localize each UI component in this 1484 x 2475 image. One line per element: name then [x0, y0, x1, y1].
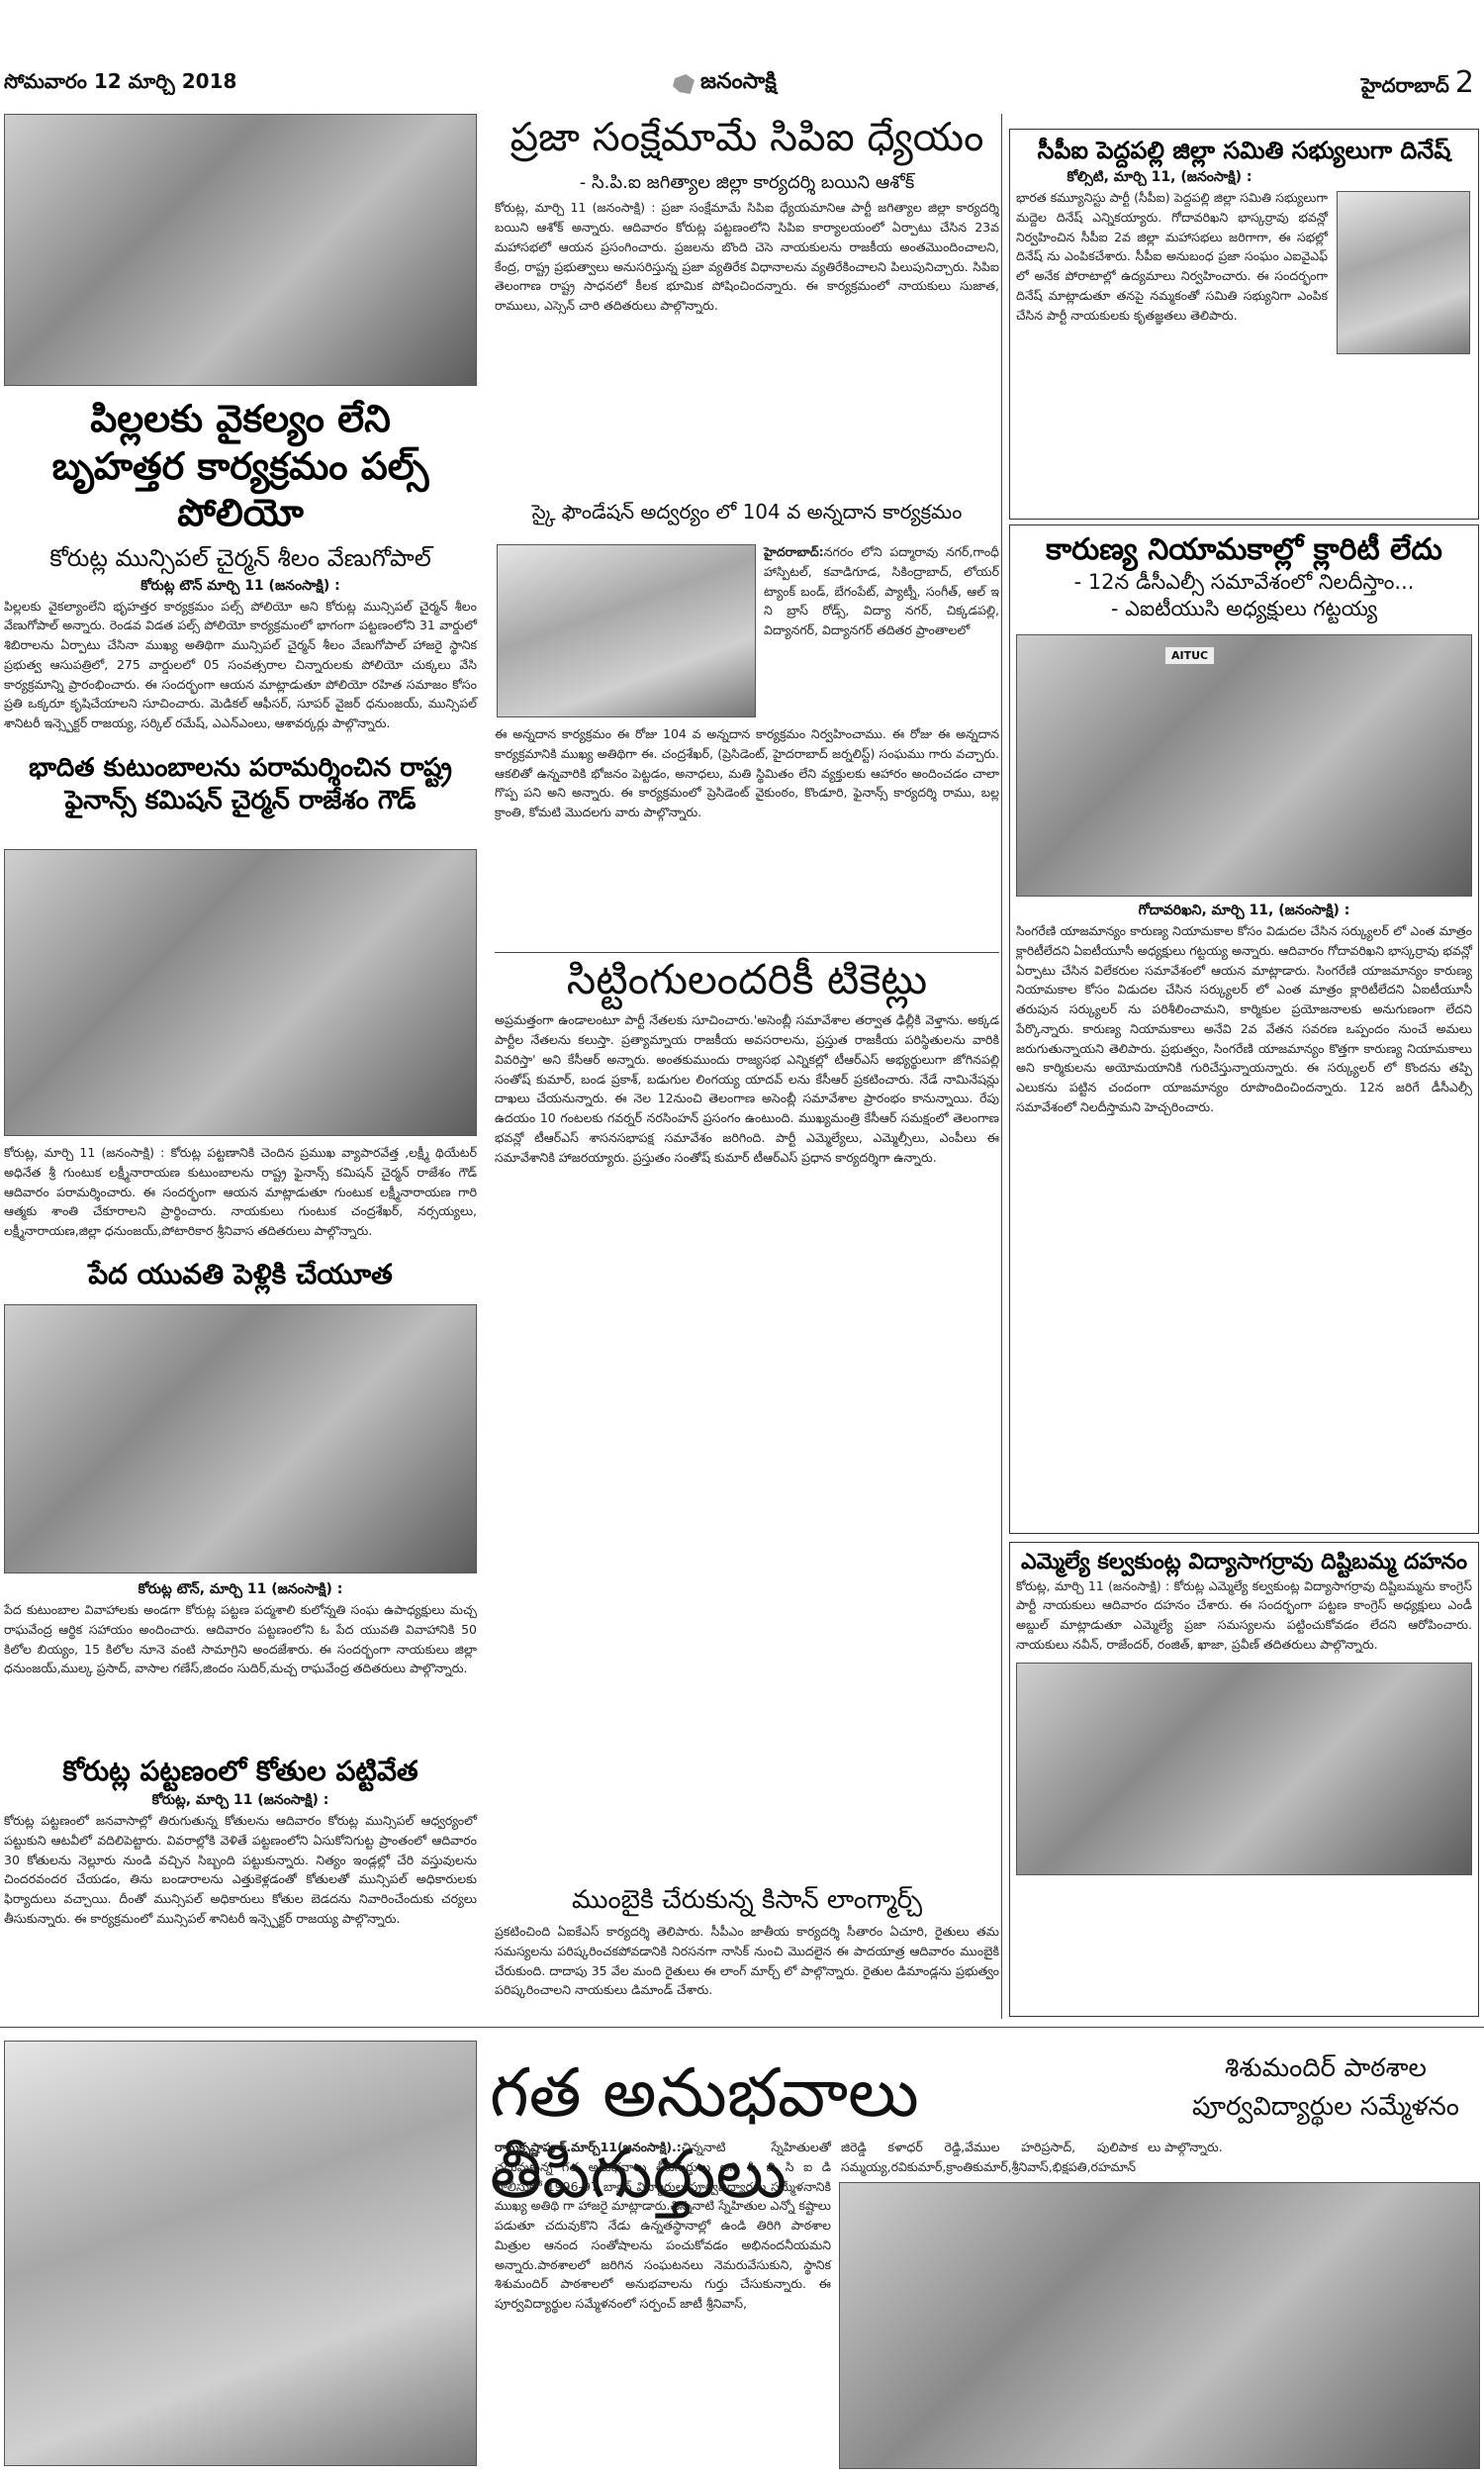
karunya-subhead-2: - ఎఐటీయుసి అధ్యక్షులు గట్టయ్య: [1016, 596, 1472, 622]
sky-headline: స్కై ఫౌండేషన్ అద్వర్యం లో 104 వ అన్నదాన …: [495, 500, 999, 524]
monkeys-body: కోరుట్ల పట్టణంలో జనవాసాల్లో తిరుగుతున్న …: [4, 1811, 477, 1929]
karunya-dateline: గోదావరిఖని, మార్చి 11, (జనంసాక్షి) :: [1016, 903, 1472, 921]
cpi-body: కోరుట్ల, మార్చి 11 (జనంసాక్షి) : ప్రజా స…: [495, 198, 999, 316]
school-body-text: చిన్ననాటి స్నేహితులతో చదువుకున్న గత అనుభ…: [495, 2140, 831, 2311]
monkeys-dateline: కోరుట్ల, మార్చి 11 (జనంసాక్షి) :: [4, 1792, 477, 1811]
marriage-article: కోరుట్ల టౌన్, మార్చి 11 (జనంసాక్షి) : పే…: [4, 1581, 477, 1678]
school-side-title: శిశుమందిర్ పాఠశాల పూర్వవిద్యార్థుల సమ్మే…: [1167, 2053, 1484, 2123]
polio-subhead: కోరుట్ల మున్సిపల్ చైర్మన్ శీలం వేణుగోపాల…: [4, 543, 477, 574]
aituc-banner: AITUC: [1165, 647, 1214, 664]
karunya-headline: కారుణ్య నియామకాల్లో క్లారిటీ లేదు: [1016, 531, 1472, 569]
cpi-subhead: - సి.పి.ఐ జగిత్యాల జిల్లా కార్యదర్శి బయి…: [495, 171, 999, 194]
polio-headline-2: బృహత్తర కార్యక్రమం పల్స్ పోలియో: [4, 443, 477, 537]
column-rule: [1001, 114, 1002, 2019]
effigy-body: కోరుట్ల, మార్చి 11 (జనంసాక్షి) : కోరుట్ల…: [1016, 1576, 1472, 1655]
finance-headline-2: ఫైనాన్స్ కమిషన్ చైర్మన్ రాజేశం గౌడ్: [4, 785, 477, 817]
sitting-article: సిట్టింగులందరికీ టికెట్లు అప్రమత్తంగా ఉం…: [495, 955, 999, 1167]
school-body-col2: జిరెడ్డి కళాధర్ రెడ్డి,వేముల హరిప్రసాద్,…: [841, 2138, 1138, 2177]
finance-body: కోరుట్ల, మార్చి 11 (జనంసాక్షి) : కోరుట్ల…: [4, 1143, 477, 1241]
sky-lead: హైదరాబాద్:నగరం లోని పద్మారావు నగర్,గాంధీ…: [764, 542, 999, 640]
city-name: హైదరాబాద్: [1361, 73, 1449, 97]
sky-dateline: హైదరాబాద్:: [764, 544, 824, 559]
karunya-box: కారుణ్య నియామకాల్లో క్లారిటీ లేదు - 12న …: [1009, 524, 1479, 1534]
sky-photo: [497, 544, 756, 717]
karunya-body: సింగరేణి యాజమాన్యం కారుణ్య నియామకాల కోసం…: [1016, 921, 1472, 1117]
finance-article: భాదిత కుటుంబాలను పరామర్శించిన రాష్ట్ర ఫై…: [4, 752, 477, 816]
dinesh-box: సీపీఐ పెద్దపల్లి జిల్లా సమితి సభ్యులుగా …: [1009, 129, 1479, 520]
paper-name: జనంసాక్షి: [700, 69, 777, 99]
finance-photo: [4, 849, 477, 1136]
finance-headline-1: భాదిత కుటుంబాలను పరామర్శించిన రాష్ట్ర: [4, 752, 477, 785]
monkeys-headline: కోరుట్ల పట్టణంలో కోతుల పట్టివేత: [4, 1754, 477, 1788]
sitting-body: అప్రమత్తంగా ఉండాలంటూ పార్టీ నేతలకు సూచిం…: [495, 1010, 999, 1167]
telangana-map-icon: [673, 74, 695, 94]
school-body-col1: రామకృష్ణాపూర్.మార్చ్11(జనంసాక్షి).:చిన్న…: [495, 2138, 831, 2314]
school-side-title-1: శిశుమందిర్ పాఠశాల: [1167, 2053, 1484, 2084]
effigy-photo: [1016, 1663, 1472, 1875]
marriage-headline: పేద యువతి పెళ్లికి చేయూత: [4, 1257, 477, 1291]
polio-dateline: కోరుట్ల టౌన్ మార్చి 11 (జనంసాక్షి) :: [4, 578, 477, 597]
kisan-article: ముంబైకి చేరుకున్న కిసాన్ లాంగ్మార్చ్ ప్ర…: [495, 1885, 999, 2000]
karunya-subhead-1: - 12న డీసీఎల్సీ సమావేశంలో నిలదీస్తాం...: [1016, 569, 1472, 596]
masthead: సోమవారం 12 మార్చి 2018 జనంసాక్షి హైదరాబా…: [0, 69, 1484, 109]
school-photo-1: [4, 2041, 477, 2466]
polio-body: పిల్లలకు వైకల్యాంలేని భృహత్తర కార్యక్రమం…: [4, 597, 477, 733]
cpi-headline: ప్రజా సంక్షేమామే సిపిఐ ధ్యేయం: [495, 114, 999, 161]
issue-date: సోమవారం 12 మార్చి 2018: [4, 69, 236, 98]
dinesh-body: భారత కమ్యూనిస్టు పార్టీ (సీపీఐ) పెద్దపల్…: [1016, 188, 1328, 325]
school-side-title-2: పూర్వవిద్యార్థుల సమ్మేళనం: [1167, 2092, 1484, 2123]
kisan-headline: ముంబైకి చేరుకున్న కిసాన్ లాంగ్మార్చ్: [495, 1885, 999, 1916]
polio-headline-1: పిల్లలకు వైకల్యం లేని: [4, 396, 477, 443]
school-body-col3: లు పాల్గొన్నారు.: [1148, 2138, 1345, 2157]
page-number: 2: [1455, 65, 1474, 100]
karunya-photo: AITUC: [1016, 634, 1472, 897]
bottom-divider: [0, 2027, 1484, 2028]
kisan-body: ప్రకటించింది ఏఐకేఎస్ కార్యదర్శి తెలిపారు…: [495, 1922, 999, 2000]
paper-logo: జనంసాక్షి: [673, 69, 777, 99]
sky-body: ఈ అన్నదాన కార్యక్రమం ఈ రోజు 104 వ అన్నదా…: [495, 724, 999, 822]
marriage-photo: [4, 1304, 477, 1573]
school-group-photo: [839, 2182, 1480, 2469]
divider: [495, 952, 999, 953]
sitting-headline: సిట్టింగులందరికీ టికెట్లు: [495, 955, 999, 1004]
school-dateline: రామకృష్ణాపూర్.మార్చ్11(జనంసాక్షి).:: [495, 2140, 682, 2154]
polio-article: పిల్లలకు వైకల్యం లేని బృహత్తర కార్యక్రమం…: [4, 396, 477, 733]
cpi-article: ప్రజా సంక్షేమామే సిపిఐ ధ్యేయం - సి.పి.ఐ …: [495, 114, 999, 316]
dinesh-dateline: కోల్సిటి, మార్చి 11, (జనంసాక్షి) :: [1016, 169, 1303, 188]
edition-city: హైదరాబాద్2: [1361, 65, 1474, 102]
marriage-dateline: కోరుట్ల టౌన్, మార్చి 11 (జనంసాక్షి) :: [4, 1581, 477, 1600]
effigy-box: ఎమ్మెల్యే కల్వకుంట్ల విద్యాసాగర్రావు దిష…: [1009, 1542, 1479, 2017]
polio-photo: [4, 114, 477, 386]
dinesh-headline: సీపీఐ పెద్దపల్లి జిల్లా సమితి సభ్యులుగా …: [1016, 136, 1472, 165]
monkeys-article: కోరుట్ల పట్టణంలో కోతుల పట్టివేత కోరుట్ల,…: [4, 1754, 477, 1929]
marriage-body: పేద కుటుంబాల వివాహాలకు అండగా కోరుట్ల పట్…: [4, 1600, 477, 1678]
effigy-headline: ఎమ్మెల్యే కల్వకుంట్ల విద్యాసాగర్రావు దిష…: [1016, 1549, 1472, 1576]
dinesh-portrait: [1337, 191, 1470, 354]
